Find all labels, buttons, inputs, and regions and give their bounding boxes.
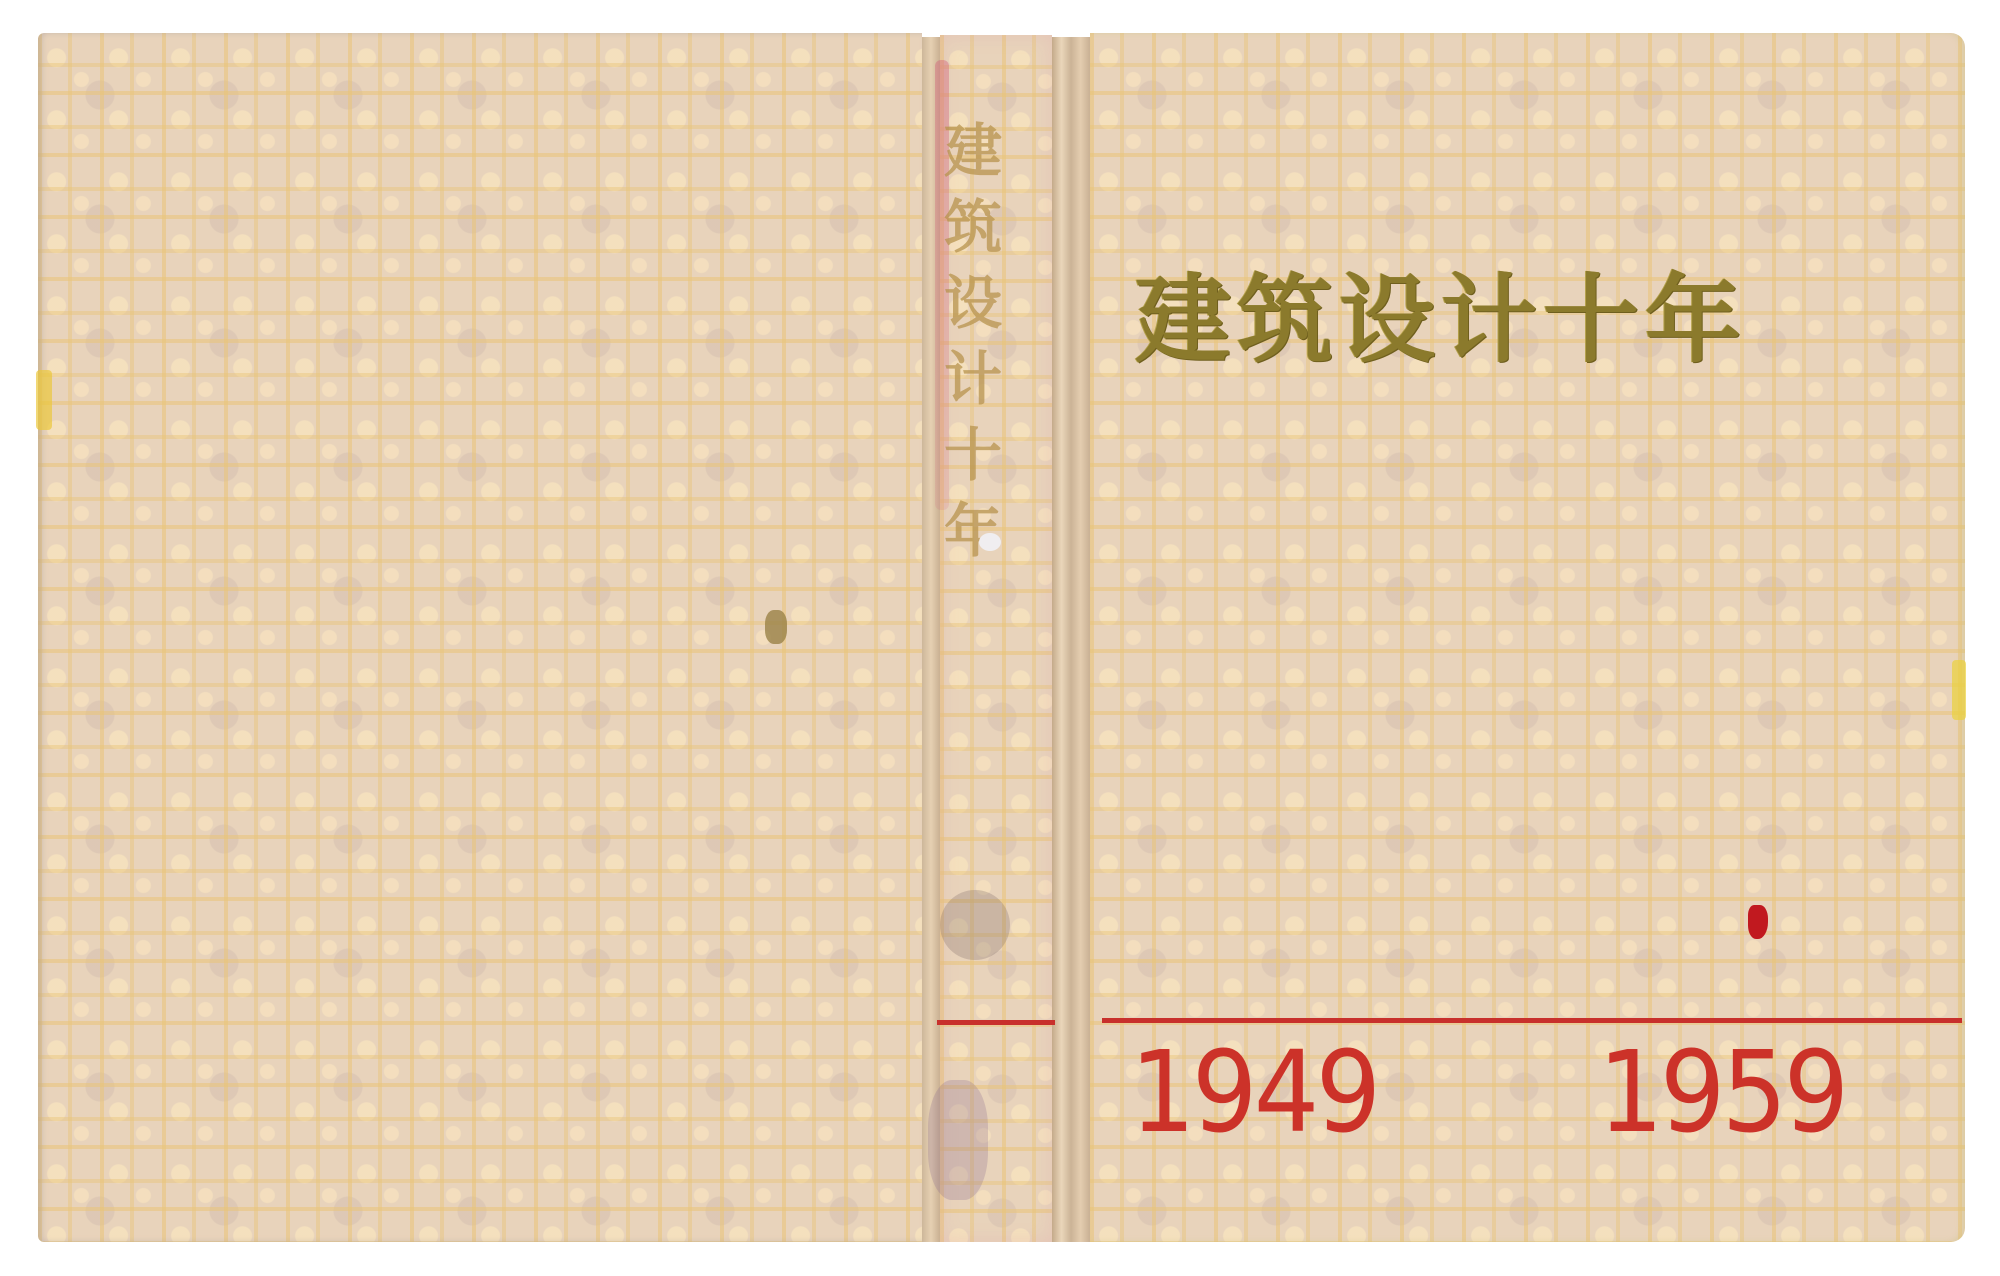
front-edge-yellow-stain: [1952, 660, 1966, 720]
cover-title: 建筑设计十年: [1135, 260, 1835, 380]
brown-stain: [765, 610, 787, 644]
spine-title: 建筑设计十年: [938, 120, 998, 820]
spine-red-rule: [937, 1020, 1055, 1025]
spine-white-spot: [979, 533, 1001, 551]
spine-groove-right: [1052, 37, 1090, 1242]
back-cover: [38, 33, 922, 1242]
cover-red-rule: [1102, 1018, 1962, 1023]
red-ink-stain: [1748, 905, 1768, 939]
spine-purple-smudge: [928, 1080, 988, 1200]
back-edge-yellow-stain: [36, 370, 52, 430]
spine-dark-smudge: [940, 890, 1010, 960]
year-end: 1959: [1598, 1033, 1846, 1153]
year-start: 1949: [1130, 1033, 1378, 1153]
